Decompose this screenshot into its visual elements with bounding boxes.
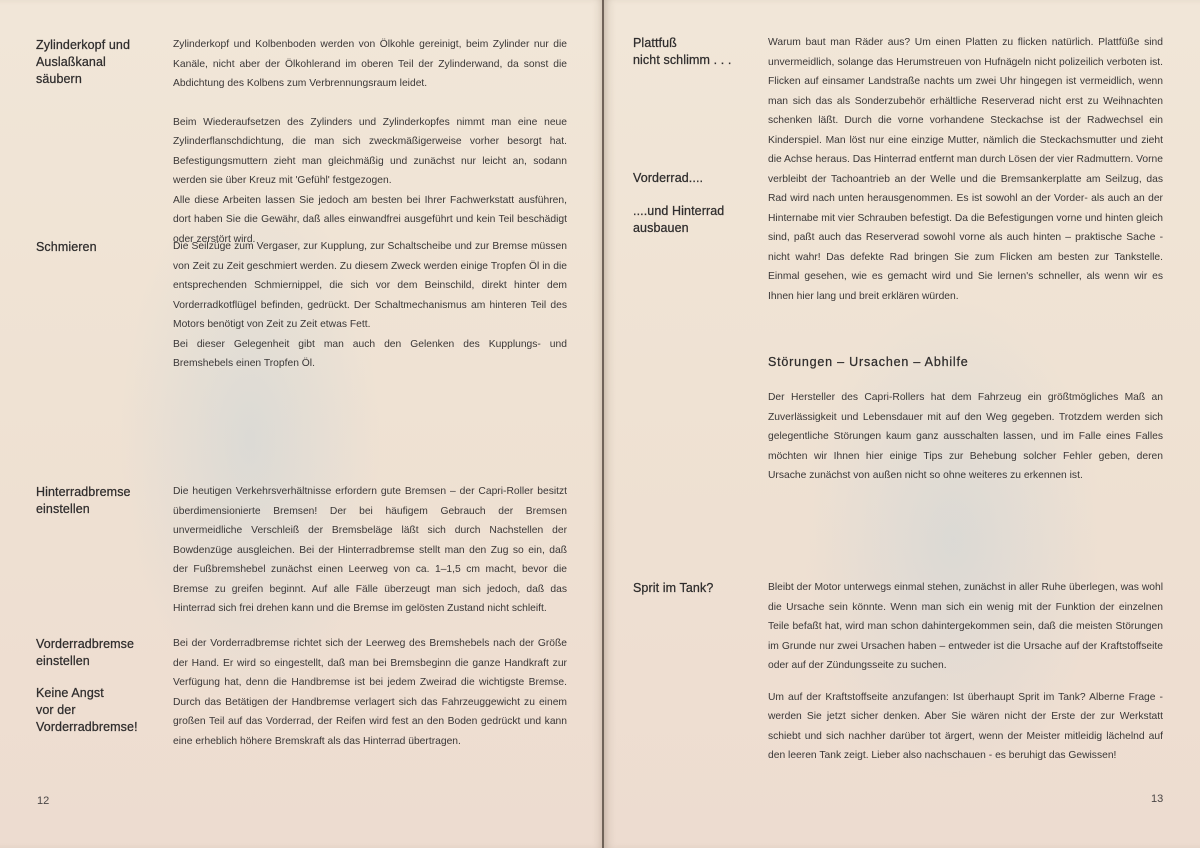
paragraph: Zylinderkopf und Kolbenboden werden von … [173,35,567,94]
paragraph: Die Seilzüge zum Vergaser, zur Kupplung,… [173,237,567,335]
section-body-vorderradbremse: Bei der Vorderradbremse richtet sich der… [173,634,567,751]
heading-line: nicht schlimm . . . [633,52,763,69]
right-page: Plattfuß nicht schlimm . . . Vorderrad..… [603,0,1200,848]
heading-line: Schmieren [36,239,166,256]
heading-line: säubern [36,71,166,88]
heading-line: ....und Hinterrad [633,203,763,220]
heading-line: ausbauen [633,220,763,237]
heading-line: Keine Angst [36,685,166,702]
page-number-left: 12 [37,795,49,807]
heading-line: Vorderradbremse! [36,719,166,736]
page-number-right: 13 [1151,793,1163,805]
section-body-schmieren: Die Seilzüge zum Vergaser, zur Kupplung,… [173,237,567,374]
section-heading-schmieren: Schmieren [36,239,166,256]
section-body-sprit: Bleibt der Motor unterwegs einmal stehen… [768,578,1163,766]
paragraph: Bleibt der Motor unterwegs einmal stehen… [768,578,1163,676]
section-body-stoerungen: Der Hersteller des Capri-Rollers hat dem… [768,388,1163,486]
section-heading-vorderradbremse: Vorderradbremse einstellen [36,636,166,670]
section-heading-sprit: Sprit im Tank? [633,580,763,597]
heading-line: Vorderrad.... [633,170,763,187]
section-heading-hinterrad-ausbauen: ....und Hinterrad ausbauen [633,203,763,237]
left-page: Zylinderkopf und Auslaßkanal säubern Zyl… [0,0,603,848]
paragraph: Bei der Vorderradbremse richtet sich der… [173,634,567,751]
paragraph: Warum baut man Räder aus? Um einen Platt… [768,33,1163,306]
binding-gutter [602,0,604,848]
section-body-hinterradbremse: Die heutigen Verkehrsverhältnisse erford… [173,482,567,619]
heading-line: Zylinderkopf und [36,37,166,54]
paragraph: Der Hersteller des Capri-Rollers hat dem… [768,388,1163,486]
section-heading-hinterradbremse: Hinterradbremse einstellen [36,484,166,518]
heading-line: Hinterradbremse [36,484,166,501]
paragraph: Beim Wiederaufsetzen des Zylinders und Z… [173,113,567,191]
heading-line: Plattfuß [633,35,763,52]
paragraph: Die heutigen Verkehrsverhältnisse erford… [173,482,567,619]
section-subheading-keine-angst: Keine Angst vor der Vorderradbremse! [36,685,166,736]
section-body-zylinderkopf: Zylinderkopf und Kolbenboden werden von … [173,35,567,249]
section-heading-plattfuss: Plattfuß nicht schlimm . . . [633,35,763,69]
paragraph: Um auf der Kraftstoffseite anzufangen: I… [768,688,1163,766]
heading-line: einstellen [36,501,166,518]
paragraph: Bei dieser Gelegenheit gibt man auch den… [173,335,567,374]
section-title-stoerungen: Störungen – Ursachen – Abhilfe [768,355,969,369]
heading-line: Auslaßkanal [36,54,166,71]
section-body-plattfuss: Warum baut man Räder aus? Um einen Platt… [768,33,1163,306]
booklet-spread: Zylinderkopf und Auslaßkanal säubern Zyl… [0,0,1200,848]
heading-line: Sprit im Tank? [633,580,763,597]
section-heading-zylinderkopf: Zylinderkopf und Auslaßkanal säubern [36,37,166,88]
section-heading-vorderrad: Vorderrad.... [633,170,763,187]
heading-line: einstellen [36,653,166,670]
heading-line: vor der [36,702,166,719]
heading-line: Vorderradbremse [36,636,166,653]
